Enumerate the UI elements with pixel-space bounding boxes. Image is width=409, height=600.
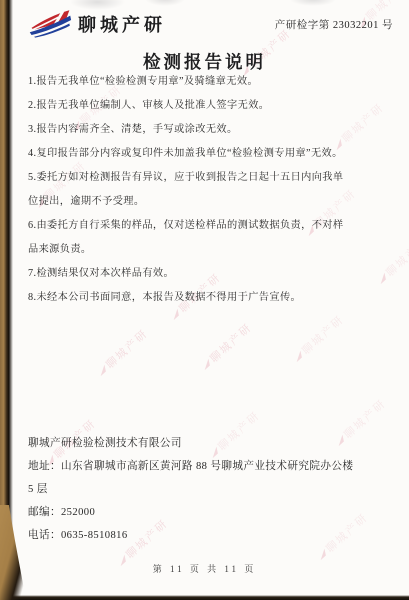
scanned-report-page: 聊城产研 聊城产研 聊城产研 聊城产研 聊城产研 聊城产研 聊城产研 聊城产研 … <box>0 0 409 600</box>
note-line-7: 7.检测结果仅对本次样品有效。 <box>28 262 398 286</box>
watermark-swoosh-icon <box>172 309 179 320</box>
note-line-5b: 位提出，逾期不予受理。 <box>28 190 398 214</box>
scan-smudge <box>290 0 336 6</box>
note-line-4: 4.复印报告部分内容或复印件未加盖我单位“检验检测专用章”无效。 <box>28 142 398 166</box>
note-line-2: 2.报告无我单位编制人、审核人及批准人签字无效。 <box>28 94 398 118</box>
note-line-8: 8.未经本公司书面同意，本报告及数据不得用于广告宣传。 <box>28 286 398 310</box>
report-notes-list: 1.报告无我单位“检验检测专用章”及骑缝章无效。 2.报告无我单位编制人、审核人… <box>28 70 398 310</box>
brand-name: 聊城产研 <box>78 11 166 37</box>
company-address-line2: 5 层 <box>28 478 398 501</box>
document-number: 产研检字第 23032201 号 <box>275 17 393 32</box>
note-line-3: 3.报告内容需齐全、清楚，手写或涂改无效。 <box>28 118 398 142</box>
watermark-swoosh-icon <box>319 549 326 560</box>
scan-smudge <box>145 0 185 6</box>
note-line-6b: 品来源负责。 <box>28 238 398 262</box>
note-line-5: 5.委托方如对检测报告有异议，应于收到报告之日起十五日内向我单 <box>28 166 398 190</box>
watermark: 聊城产研 <box>291 311 348 364</box>
company-phone: 电话：0635-8510816 <box>28 524 398 547</box>
watermark-swoosh-icon <box>295 351 302 362</box>
note-line-1: 1.报告无我单位“检验检测专用章”及骑缝章无效。 <box>28 70 398 94</box>
company-name: 聊城产研检验检测技术有限公司 <box>28 432 398 455</box>
company-contact-block: 聊城产研检验检测技术有限公司 地址：山东省聊城市高新区黄河路 88 号聊城产业技… <box>28 432 398 547</box>
company-address-line1: 地址：山东省聊城市高新区黄河路 88 号聊城产业技术研究院办公楼 <box>28 455 398 478</box>
watermark-swoosh-icon <box>99 365 106 376</box>
company-postal-code: 邮编：252000 <box>28 501 398 524</box>
page-number: 第 11 页 共 11 页 <box>0 562 409 575</box>
scan-bottom-left-corner <box>0 505 26 600</box>
watermark-swoosh-icon <box>203 359 210 370</box>
watermark: 聊城产研 <box>95 325 152 378</box>
scan-bottom-edge-shadow <box>0 595 409 600</box>
note-line-6: 6.由委托方自行采集的样品，仅对送检样品的测试数据负责，不对样 <box>28 214 398 238</box>
watermark: 聊城产研 <box>199 319 256 372</box>
sail-swoosh-logo-icon <box>28 9 72 38</box>
brand-logo: 聊城产研 <box>28 9 166 38</box>
